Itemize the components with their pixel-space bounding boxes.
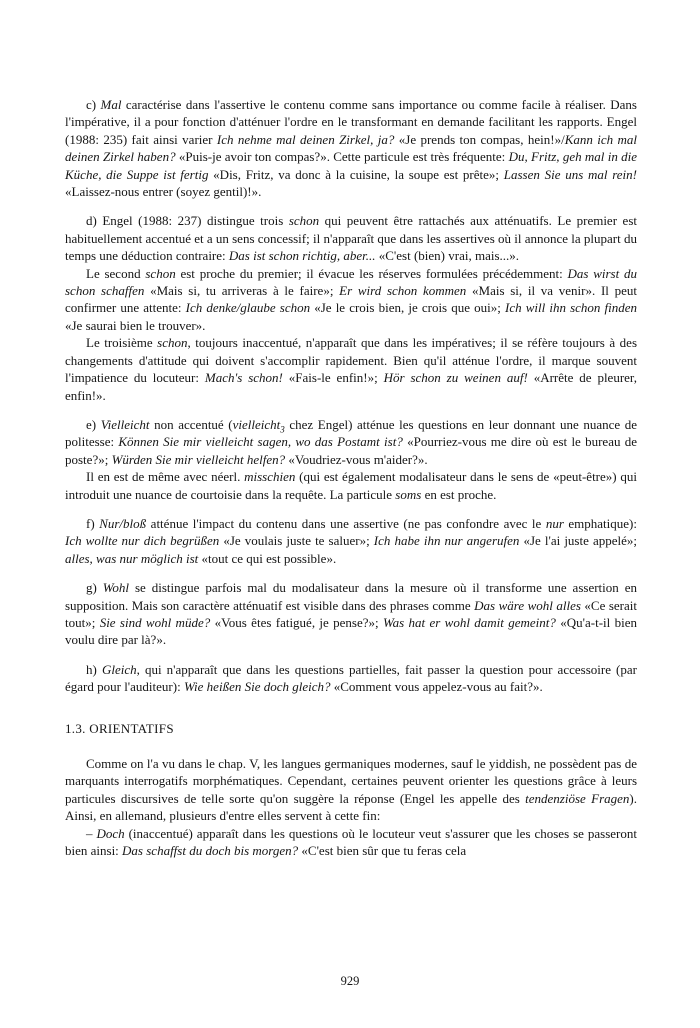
- italic-text-run: Vielleicht: [101, 417, 150, 432]
- page-number: 929: [0, 974, 700, 989]
- italic-text-run: Gleich: [102, 662, 137, 677]
- italic-text-run: Nur/bloß: [99, 516, 146, 531]
- italic-text-run: Wohl: [103, 580, 129, 595]
- italic-text-run: soms: [395, 487, 421, 502]
- text-run: «Dis, Fritz, va donc à la cuisine, la so…: [208, 167, 503, 182]
- text-run: «Voudriez-vous m'aider?».: [285, 452, 428, 467]
- text-run: «Puis-je avoir ton compas?». Cette parti…: [176, 149, 509, 164]
- italic-text-run: Das wäre wohl alles: [474, 598, 581, 613]
- text-run: Le troisième: [86, 335, 157, 350]
- text-run: «Mais si, tu arriveras à le faire»;: [144, 283, 339, 298]
- italic-text-run: Würden Sie mir vielleicht helfen?: [112, 452, 286, 467]
- italic-text-run: Ich wollte nur dich begrüßen: [65, 533, 219, 548]
- text-run: est proche du premier; il évacue les rés…: [176, 266, 568, 281]
- paragraph: g) Wohl se distingue parfois mal du moda…: [65, 579, 637, 649]
- italic-text-run: vielleicht: [233, 417, 281, 432]
- italic-text-run: Was hat er wohl damit gemeint?: [383, 615, 556, 630]
- italic-text-run: schon: [289, 213, 319, 228]
- paragraph: f) Nur/bloß atténue l'impact du contenu …: [65, 515, 637, 567]
- text-run: «Je prends ton compas, hein!»/: [394, 132, 564, 147]
- text-run: f): [86, 516, 99, 531]
- italic-text-run: Doch: [96, 826, 124, 841]
- text-run: Il en est de même avec néerl.: [86, 469, 244, 484]
- text-run: 1.3. ORIENTATIFS: [65, 721, 174, 736]
- italic-text-run: Das schaffst du doch bis morgen?: [122, 843, 298, 858]
- italic-text-run: misschien: [244, 469, 295, 484]
- italic-text-run: Ich habe ihn nur angerufen: [374, 533, 520, 548]
- italic-text-run: Das ist schon richtig, aber...: [229, 248, 376, 263]
- italic-text-run: Wie heißen Sie doch gleich?: [184, 679, 331, 694]
- paragraph: Le second schon est proche du premier; i…: [65, 265, 637, 335]
- italic-text-run: Hör schon zu weinen auf!: [384, 370, 528, 385]
- italic-text-run: alles, was nur möglich ist: [65, 551, 198, 566]
- italic-text-run: schon: [157, 335, 187, 350]
- text-run: «Laissez-nous entrer (soyez gentil)!».: [65, 184, 261, 199]
- italic-text-run: Ich nehme mal deinen Zirkel, ja?: [217, 132, 395, 147]
- italic-text-run: Sie sind wohl müde?: [100, 615, 211, 630]
- text-run: «C'est (bien) vrai, mais...».: [376, 248, 520, 263]
- text-run: «Je le crois bien, je crois que oui»;: [310, 300, 505, 315]
- page-content: c) Mal caractérise dans l'assertive le c…: [65, 84, 637, 859]
- italic-text-run: Mach's schon!: [205, 370, 283, 385]
- paragraph: h) Gleich, qui n'apparaît que dans les q…: [65, 661, 637, 696]
- paragraph: d) Engel (1988: 237) distingue trois sch…: [65, 212, 637, 264]
- text-run: Le second: [86, 266, 145, 281]
- paragraph: e) Vielleicht non accentué (vielleicht3 …: [65, 416, 637, 468]
- paragraph: Comme on l'a vu dans le chap. V, les lan…: [65, 755, 637, 825]
- text-run: g): [86, 580, 103, 595]
- text-run: «Vous êtes fatigué, je pense?»;: [210, 615, 383, 630]
- italic-text-run: Ich denke/glaube schon: [186, 300, 310, 315]
- text-run: «Fais-le enfin!»;: [283, 370, 384, 385]
- text-run: –: [86, 826, 96, 841]
- italic-text-run: nur: [546, 516, 564, 531]
- italic-text-run: tendenziöse Fragen: [525, 791, 629, 806]
- paragraph: Il en est de même avec néerl. misschien …: [65, 468, 637, 503]
- text-run: «tout ce qui est possible».: [198, 551, 336, 566]
- italic-text-run: schon: [145, 266, 175, 281]
- text-run: atténue l'impact du contenu dans une ass…: [146, 516, 546, 531]
- text-run: «Je saurai bien le trouver».: [65, 318, 205, 333]
- text-run: «Je voulais juste te saluer»;: [219, 533, 374, 548]
- section-heading: 1.3. ORIENTATIFS: [65, 720, 637, 737]
- text-run: h): [86, 662, 102, 677]
- text-run: «Je l'ai juste appelé»;: [519, 533, 637, 548]
- text-run: emphatique):: [564, 516, 637, 531]
- italic-text-run: Können Sie mir vielleicht sagen, wo das …: [118, 434, 402, 449]
- italic-text-run: Lassen Sie uns mal rein!: [504, 167, 637, 182]
- paragraph: – Doch (inaccentué) apparaît dans les qu…: [65, 825, 637, 860]
- document-page: c) Mal caractérise dans l'assertive le c…: [0, 0, 700, 1028]
- text-run: «Comment vous appelez-vous au fait?».: [331, 679, 543, 694]
- text-run: «C'est bien sûr que tu feras cela: [298, 843, 466, 858]
- italic-text-run: Ich will ihn schon finden: [505, 300, 637, 315]
- italic-text-run: Mal: [101, 97, 122, 112]
- paragraph: c) Mal caractérise dans l'assertive le c…: [65, 96, 637, 200]
- text-run: en est proche.: [421, 487, 496, 502]
- paragraph: Le troisième schon, toujours inaccentué,…: [65, 334, 637, 404]
- text-run: d) Engel (1988: 237) distingue trois: [86, 213, 289, 228]
- text-run: e): [86, 417, 101, 432]
- italic-text-run: Er wird schon kommen: [339, 283, 466, 298]
- text-run: non accentué (: [150, 417, 233, 432]
- text-run: c): [86, 97, 101, 112]
